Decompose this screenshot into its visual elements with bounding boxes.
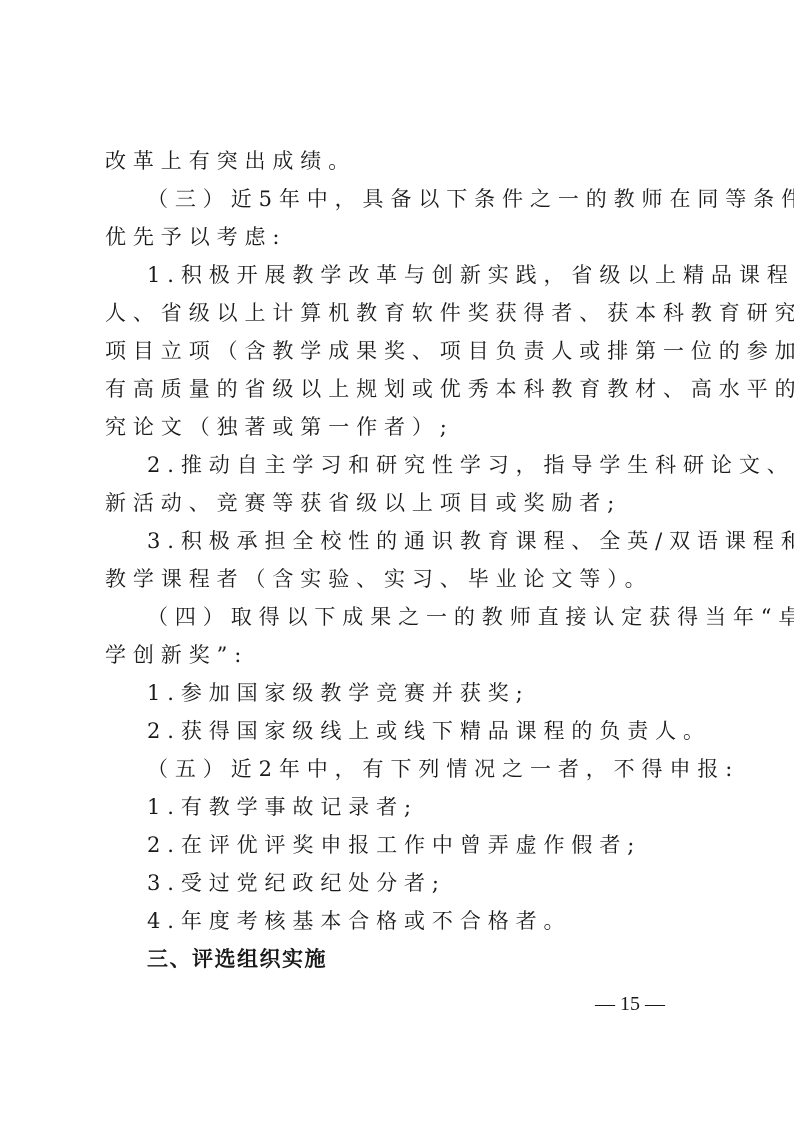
document-page: 改革上有突出成绩。 （三）近5年中，具备以下条件之一的教师在同等条件下将 优先予…	[0, 0, 794, 1123]
paragraph-line: 改革上有突出成绩。	[105, 142, 697, 180]
paragraph-line: 2.在评优评奖申报工作中曾弄虚作假者;	[105, 826, 697, 864]
paragraph-line: 1.积极开展教学改革与创新实践，省级以上精品课程负责	[105, 256, 697, 294]
paragraph-line: 优先予以考虑:	[105, 218, 697, 256]
body-text: 改革上有突出成绩。 （三）近5年中，具备以下条件之一的教师在同等条件下将 优先予…	[105, 142, 697, 978]
paragraph-line: 2.获得国家级线上或线下精品课程的负责人。	[105, 712, 697, 750]
paragraph-line: 究论文（独著或第一作者）;	[105, 408, 697, 446]
page-number: — 15 —	[590, 992, 670, 1016]
paragraph-line: 3.受过党纪政纪处分者;	[105, 864, 697, 902]
section-heading: 三、评选组织实施	[105, 940, 697, 978]
paragraph-line: 项目立项（含教学成果奖、项目负责人或排第一位的参加者）、	[105, 332, 697, 370]
paragraph-line: 新活动、竞赛等获省级以上项目或奖励者;	[105, 484, 697, 522]
paragraph-line: 1.参加国家级教学竞赛并获奖;	[105, 674, 697, 712]
paragraph-line: 学创新奖”:	[105, 636, 697, 674]
paragraph-line: 3.积极承担全校性的通识教育课程、全英/双语课程和实践	[105, 522, 697, 560]
paragraph-line: （三）近5年中，具备以下条件之一的教师在同等条件下将	[105, 180, 697, 218]
paragraph-line: 2.推动自主学习和研究性学习，指导学生科研论文、实践创	[105, 446, 697, 484]
paragraph-line: 4.年度考核基本合格或不合格者。	[105, 902, 697, 940]
paragraph-line: （四）取得以下成果之一的教师直接认定获得当年“卓越教	[105, 598, 697, 636]
paragraph-line: 人、省级以上计算机教育软件奖获得者、获本科教育研究及改革	[105, 294, 697, 332]
paragraph-line: 有高质量的省级以上规划或优秀本科教育教材、高水平的教学研	[105, 370, 697, 408]
paragraph-line: 1.有教学事故记录者;	[105, 788, 697, 826]
paragraph-line: （五）近2年中，有下列情况之一者，不得申报:	[105, 750, 697, 788]
paragraph-line: 教学课程者（含实验、实习、毕业论文等）。	[105, 560, 697, 598]
